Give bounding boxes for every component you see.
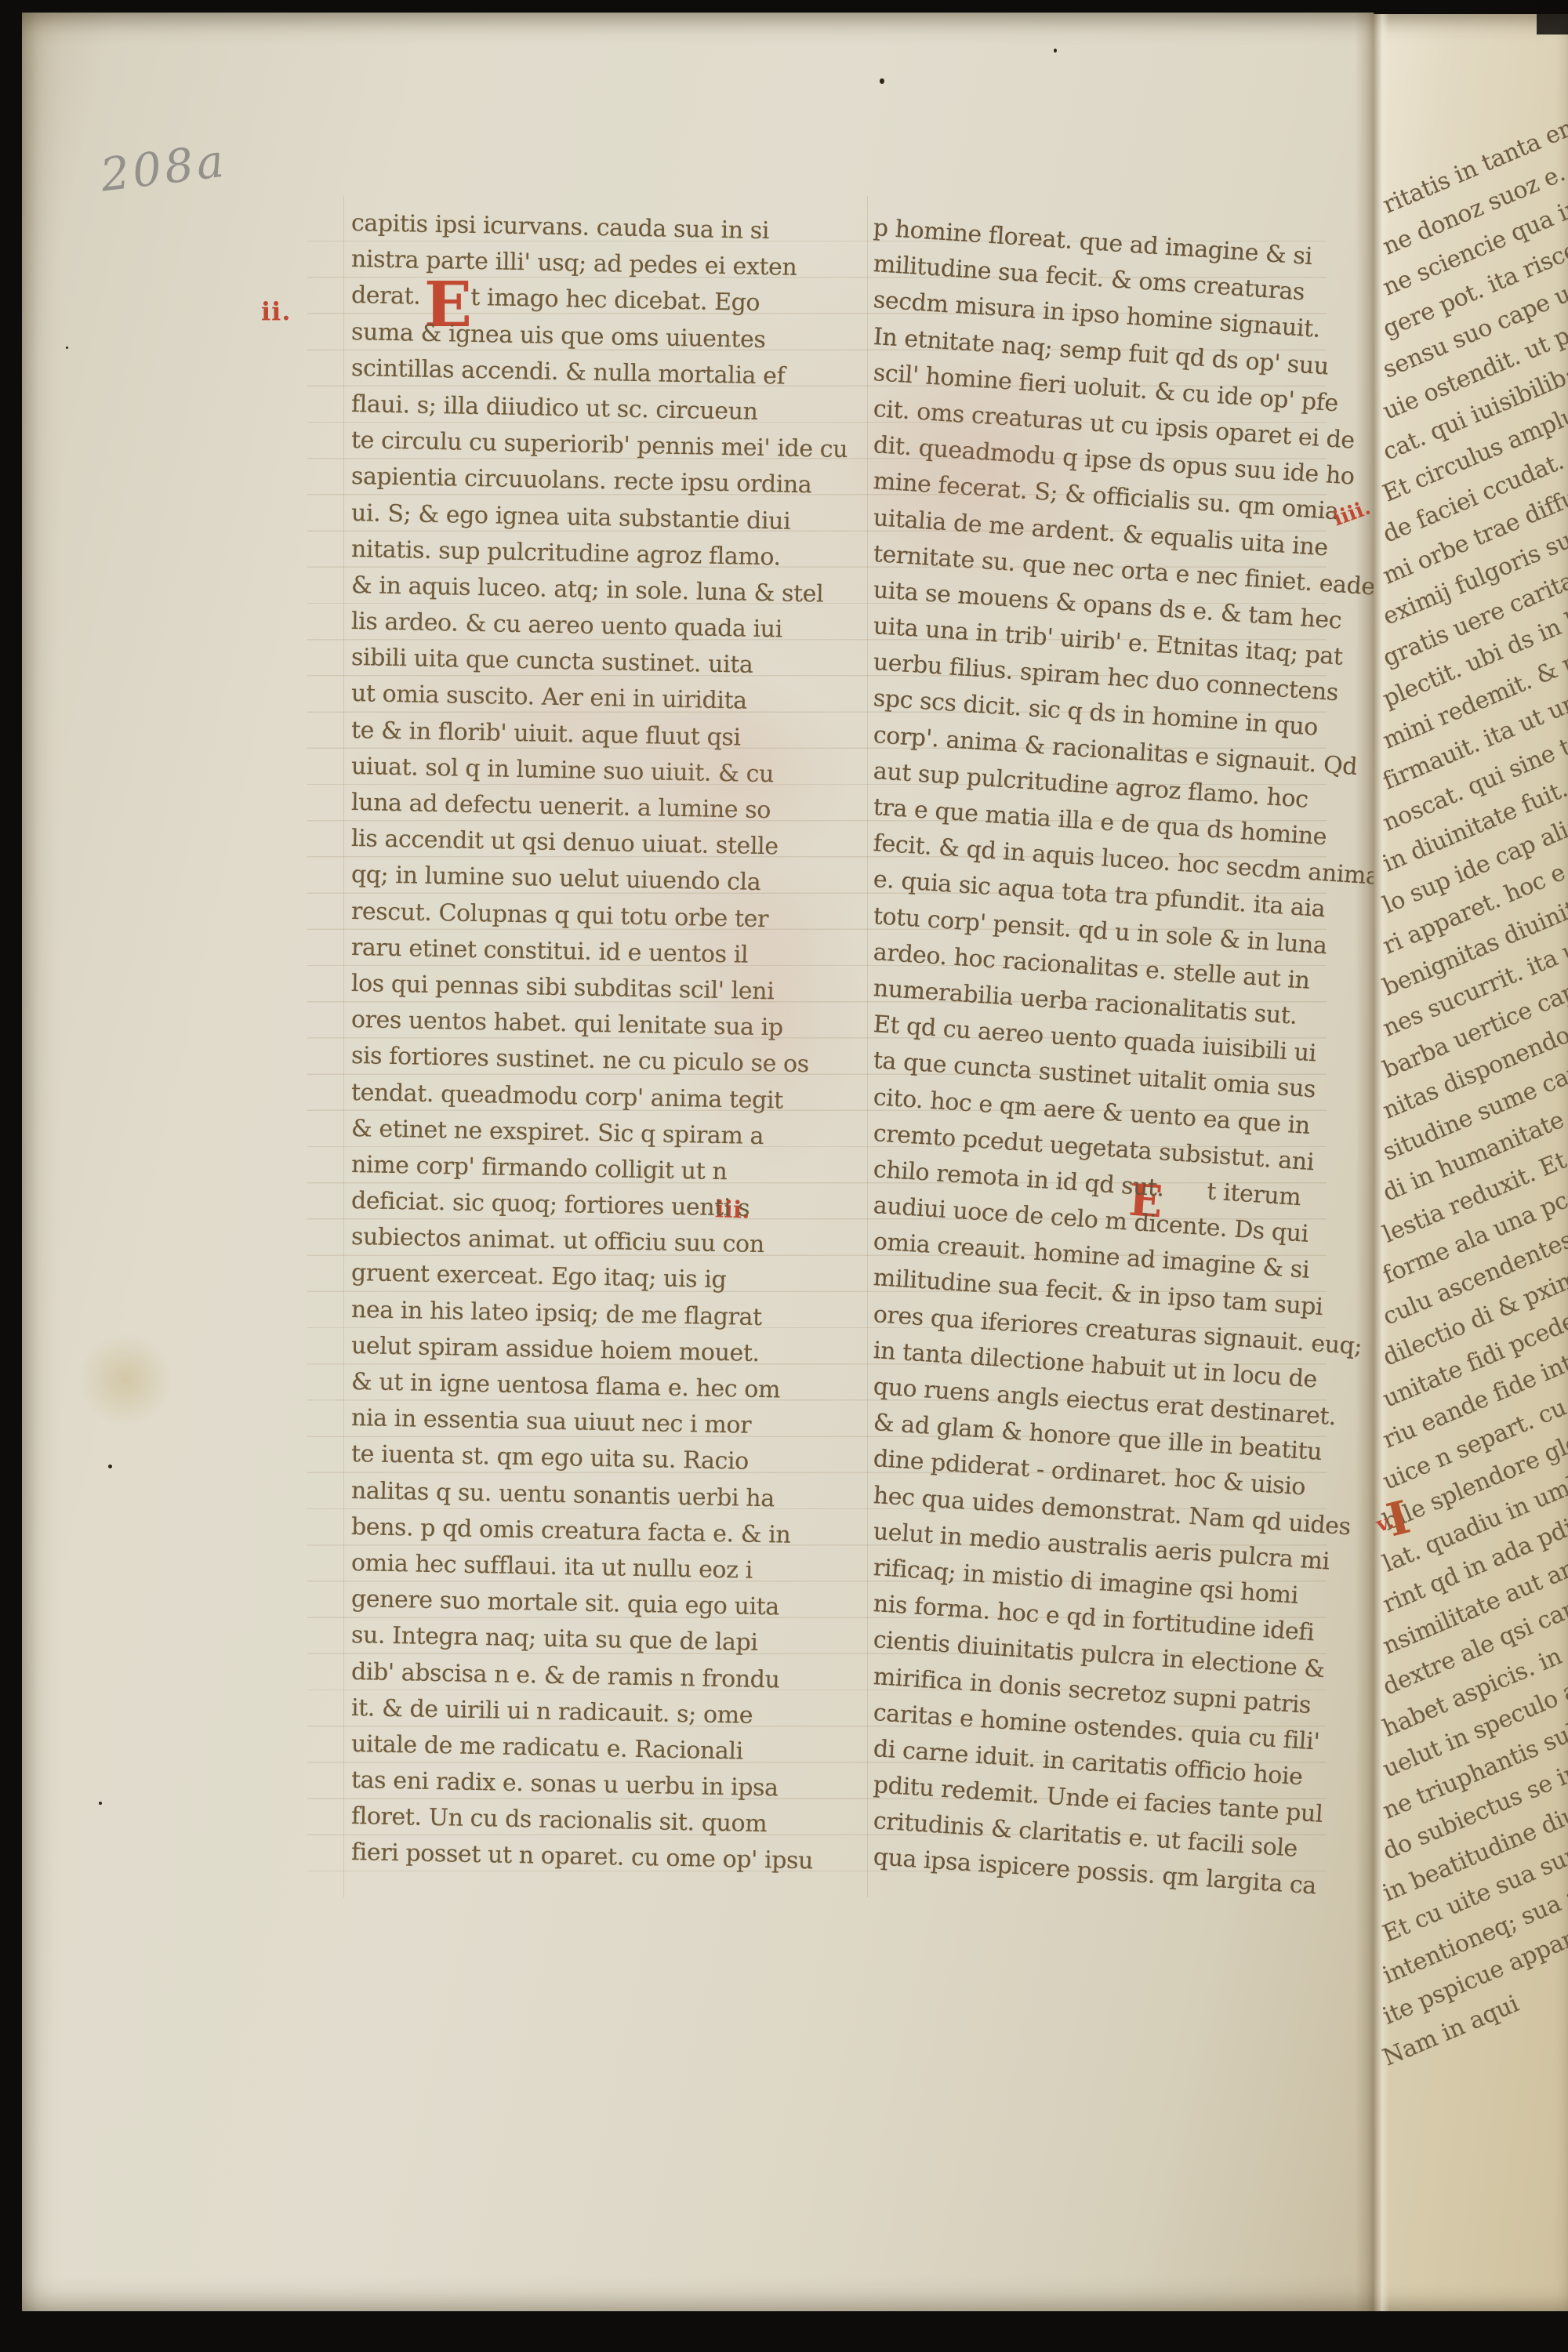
ink-speck xyxy=(108,1465,112,1468)
photo-frame-bottom xyxy=(0,2311,1568,2352)
manuscript-photo: { "folio_number": "208a", "marginal_nume… xyxy=(0,0,1568,2352)
next-leaf-text: ritatis in tanta emicencia &ne donoz suo… xyxy=(1385,187,1568,2080)
next-leaf-edge: ritatis in tanta emicencia &ne donoz suo… xyxy=(1374,14,1568,2311)
vertical-ruling-left xyxy=(343,196,344,1897)
text-column-2: p homine floreat. que ad imagine & simil… xyxy=(873,210,1312,1876)
leaf-fore-edge-shadow xyxy=(1355,13,1375,2311)
photo-frame-left xyxy=(0,0,22,2352)
chapter-numeral-ii: ii. xyxy=(261,296,291,326)
ink-speck xyxy=(66,347,68,349)
ink-speck xyxy=(880,78,884,84)
text-column-1: capitis ipsi icurvans. cauda sua in sini… xyxy=(351,205,790,1871)
ink-speck xyxy=(1054,49,1057,53)
photo-frame-top xyxy=(0,0,1568,13)
ink-speck xyxy=(99,1802,102,1805)
photo-frame-corner xyxy=(1537,0,1568,34)
vertical-ruling-mid xyxy=(867,196,868,1897)
